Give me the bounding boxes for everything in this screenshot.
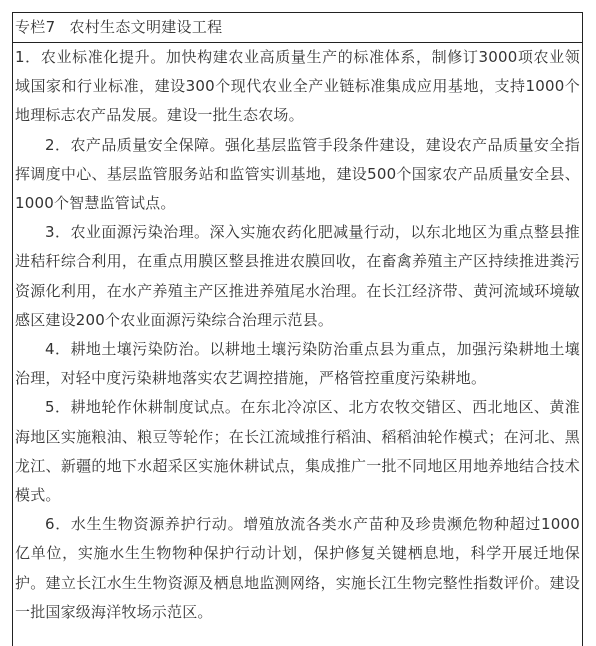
column-box-table: 专栏7农村生态文明建设工程 1．农业标准化提升。加快构建农业高质量生产的标准体系… bbox=[12, 12, 583, 646]
item-number: 1． bbox=[15, 48, 41, 66]
item-text: 耕地土壤污染防治。以耕地土壤污染防治重点县为重点，加强污染耕地土壤治理，对轻中度… bbox=[15, 340, 580, 387]
item-text: 农业面源污染治理。深入实施农药化肥减量行动，以东北地区为重点整县推进秸秆综合利用… bbox=[15, 223, 580, 329]
item-number: 5． bbox=[45, 398, 70, 416]
column-box-header: 专栏7农村生态文明建设工程 bbox=[13, 13, 582, 43]
item-number: 6． bbox=[45, 515, 71, 533]
item-number: 4． bbox=[45, 340, 70, 358]
item-paragraph-5: 5．耕地轮作休耕制度试点。在东北冷凉区、北方农牧交错区、西北地区、黄淮海地区实施… bbox=[15, 393, 580, 510]
item-text: 水生生物资源养护行动。增殖放流各类水产苗种及珍贵濒危物种超过1000亿单位，实施… bbox=[15, 515, 580, 621]
item-number: 3． bbox=[45, 223, 70, 241]
item-paragraph-1: 1．农业标准化提升。加快构建农业高质量生产的标准体系，制修订3000项农业领域国… bbox=[15, 43, 580, 131]
item-paragraph-6: 6．水生生物资源养护行动。增殖放流各类水产苗种及珍贵濒危物种超过1000亿单位，… bbox=[15, 510, 580, 627]
item-paragraph-2: 2．农产品质量安全保障。强化基层监管手段条件建设，建设农产品质量安全指挥调度中心… bbox=[15, 131, 580, 219]
item-text: 耕地轮作休耕制度试点。在东北冷凉区、北方农牧交错区、西北地区、黄淮海地区实施粮油… bbox=[15, 398, 580, 504]
item-text: 农业标准化提升。加快构建农业高质量生产的标准体系，制修订3000项农业领域国家和… bbox=[15, 48, 580, 124]
item-text: 农产品质量安全保障。强化基层监管手段条件建设，建设农产品质量安全指挥调度中心、基… bbox=[15, 136, 580, 212]
column-box-label: 专栏7 bbox=[15, 13, 55, 42]
item-paragraph-4: 4．耕地土壤污染防治。以耕地土壤污染防治重点县为重点，加强污染耕地土壤治理，对轻… bbox=[15, 335, 580, 393]
item-paragraph-3: 3．农业面源污染治理。深入实施农药化肥减量行动，以东北地区为重点整县推进秸秆综合… bbox=[15, 218, 580, 335]
column-box-body: 1．农业标准化提升。加快构建农业高质量生产的标准体系，制修订3000项农业领域国… bbox=[13, 43, 582, 627]
item-number: 2． bbox=[45, 136, 70, 154]
column-box-title: 农村生态文明建设工程 bbox=[69, 13, 222, 42]
